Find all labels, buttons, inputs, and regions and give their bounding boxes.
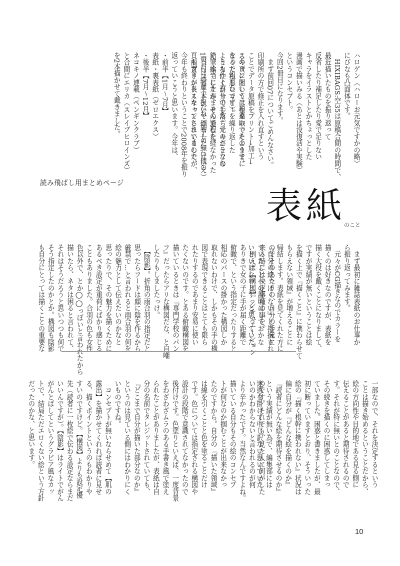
text-line: 初に断っていますとおり、そういった [301,380,311,480]
text-line: より辛かったです。当然なんですよね。 [236,380,246,480]
composition-text-block: のでそのあたりの、自分の手元に 来る時には決定事項の事を。 例えば【構図】。シチ… [35,244,275,344]
text-line: 色以外で、とか◯◯っぽいと言われたから [74,244,84,344]
page-number: 10 [355,527,363,536]
text-line: すいのですけど。【構図】よりも設定優 [73,380,83,480]
text-line: を2本描かせて戴きました。 [111,52,121,172]
text-line: 後付けです。色塗りといえば、一度背景 [169,380,179,480]
text-line: ・前半【1月〜7月】 [159,52,169,172]
text-line: 例えば【構図】。シチュエーション [246,244,256,344]
text-line: 元々がCG描きなのでカラーを [331,244,341,344]
text-line: 図で表現できることはとても限ら [198,244,208,344]
text-line: 前置きが長くなってしまいましたが、 [187,52,197,172]
text-line: 反省したり補足したり愛で足りない [312,52,322,172]
decision-text-block: 一部なので、それを決定するという ことは描き始めるということだから、 絵の方向性… [253,380,378,480]
text-line: にびなも凸面体です。 [341,52,351,172]
text-line: は線を引くことと色を塗ることだけ [198,380,208,480]
text-line: ことでデータ原稿をプリント→加工→ [245,52,255,172]
text-line: も自分にとっては描くことの重要な [35,244,45,344]
text-line: 帰結します。表紙を見てくれた方に [274,244,284,344]
text-line: ら振り返ってみます。 [341,244,351,344]
text-line: 今年も終わりということで2008年を振り [178,52,188,172]
text-line: フ』だったらアリな構図だな、と自嘲 [160,244,170,344]
text-line: たくないのです。とある俯瞰構図を [179,244,189,344]
text-line: で、本当にすみませんでした。 [207,52,217,172]
section-label: 読み飛ばし用まとめページ [40,177,124,187]
text-line: もらえない領域』が増えることに [283,244,293,344]
text-line: 取れないわけで、しかもその手の構 [208,244,218,344]
text-line: 描いたら、ネタは困ると言われて、 [64,244,74,344]
text-line: ハロゲン（ハローお元気ですかの略） [350,52,360,172]
text-line: 印刷所の方で修正を入れ直すという [254,52,264,172]
text-line: 『読者にどんな絵を期待させるのか』 [272,380,282,480]
text-line: る、描くポイントというのもわかりや [83,380,93,480]
text-line: をわざわざムラのある手書き風で塗え [159,380,169,480]
text-line: ともかく自分の手落ちでのことなの [216,52,226,172]
text-line: ・後半【7月〜12月】 [139,52,149,172]
text-line: 最近描いたものを振り返って [322,52,332,172]
text-line: と合間にエリカ（スレイブヒロインズ） [120,52,130,172]
text-line: 先（読者に一枚絵で伝わる設定ならまだ [64,380,74,480]
text-line: 偏に自分が『どんな絵を描くのか』 [282,380,292,480]
text-line: まず前回07についてごめんなさい。 [264,52,274,172]
text-line: 描いている自分もその絵のコンセプ [227,380,237,480]
text-line: というのは見ている側にはわかりにく [121,380,131,480]
section-divider [62,351,296,352]
text-line: こともありました。合羽の色も女性 [83,244,93,344]
text-line: 表紙・裏表紙（ゼロエクス） [149,52,159,172]
text-line: それはそうだろうと思いつつも何で [54,244,64,344]
text-line: 『どこまで自分が描いた部分なのか』 [131,380,141,480]
text-line: だったのかな、と思います。 [25,380,35,480]
text-line: 思ったらフードは顔に陰を作るから [131,244,141,344]
text-line: そう指定したのかとか。構図も陰影 [45,244,55,344]
text-line: 思ったりで、その魅力を描くために [102,244,112,344]
text-line: いのかわからないと言われるのが何 [246,380,256,480]
text-line: この頁に関しては手違いでそのままに [235,52,245,172]
text-line: 描いているときは『専門学校のパン [169,244,179,344]
text-line: キャラをイラストとかちょっとした [302,52,312,172]
text-line: なったらしいです）。 [226,52,236,172]
text-line: まず最初に雑誌表紙のお仕事か [350,244,360,344]
text-line: トが何なのか掴むことが出来なかっ [217,380,227,480]
text-line: 厳禁で…と言われると雨合羽の何を [122,244,132,344]
concept-text-block: のです。それでも、見た人に何がした いのかわからないと言われるのが何 より辛かっ… [25,380,265,480]
text-line: あるべき設定が重荷にばかり感じる [93,244,103,344]
text-line: のです。それでも、見た人に何がした [255,380,265,480]
text-line: その続きを描くのに困惑してしまっ [320,380,330,480]
text-line: したりもしましたっけ。 [150,244,160,344]
text-line: ていました。困惑と書きましたが、最 [311,380,321,480]
text-line: 今回2冊目になります。 [274,52,284,172]
text-line: です。色については指定される構図や [188,380,198,480]
text-line: 絵の魅力として伝えたいのかなと [112,244,122,344]
text-line: 【陰影】。折角の雨合羽の指定だと [141,244,151,344]
text-line: のでそのあたりの、自分の手元に [265,244,275,344]
year-review-text-block: この頁に関しては手違いでそのままに なったらしいです）。 ともかく自分の手落ちで… [111,52,245,172]
text-line: 漫画で描いみる（あとは没復活や実験） [293,52,303,172]
text-line: ネコキノ連載（ペンギンクラブ） [130,52,140,172]
text-line: コンセプトが無いならせめて【肌の [102,380,112,480]
text-line: を描く上で『描くこと』に携わらせて [293,244,303,344]
text-line: 分の名前でタレジットされていても、 [140,380,150,480]
text-line: 設計の段階で意識されてなかったので [179,380,189,480]
text-line: HIXIBAGS:空35は原稿合間の時間で、 [331,52,341,172]
text-line: ありきで女の子に手が届く距離で [237,244,247,344]
chapter-heading: 表紙 [266,187,346,227]
chapter-heading-subtitle: のこと [344,221,361,229]
text-line: 相応のパースの掛かった構図しか [217,244,227,344]
text-line: 絵の方向性や目的地である見る側に [349,380,359,480]
text-line: 描くのは好きなのですが、表紙を [322,244,332,344]
text-line: 返っていこうと思います。今年は、 [168,52,178,172]
text-line: れたりするのであまり安易に使い [189,244,199,344]
text-line: いいんですが）。【陰影】はライトでがん [54,380,64,480]
text-line: 俯瞰で、という指定だったりすると [227,244,237,344]
text-line: 伝えることがあると期待されるので [340,380,350,480]
text-line: 一部なので、それを決定するという [368,380,378,480]
text-line: トで、結局ただエロくない絵という方針 [35,380,45,480]
text-line: ことは描き始めるということだから、 [359,380,369,480]
text-line: られたことがありましたが、表紙は自 [150,380,160,480]
text-line: す。それが特に無いとのことなので、 [330,380,340,480]
text-line: 露出】を描かせてくれれば読者に見せ [92,380,102,480]
text-line: たのですから。自分の『描いた領域』 [207,380,217,480]
text-line: （当日コピー本扱いで頒布したとはいえ） [197,52,207,172]
text-line: いものですね。 [112,380,122,480]
text-line: というコンセプト。 [283,52,293,172]
text-line: ですが実績が無いということは絵 [302,244,312,344]
text-line: 来る時には決定事項の事を。 [256,244,266,344]
text-line: 描く大役を戴くことになりまして、 [312,244,322,344]
text-line: がんとばしてというグラビア風なカッ [44,380,54,480]
text-line: 絵の『描く根幹に携われない』状況は [292,380,302,480]
